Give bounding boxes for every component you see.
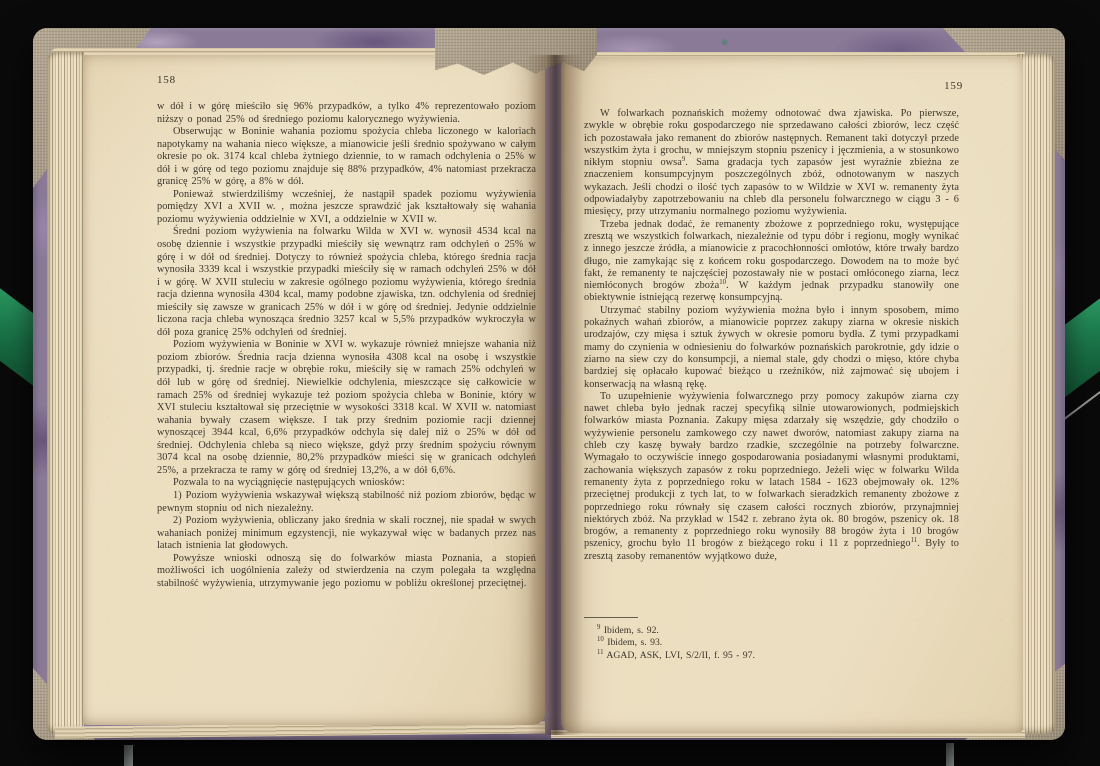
right-page: 159 W folwarkach poznańskich możemy odno… [561, 57, 1023, 733]
page-stack-fore-edge-left [47, 52, 84, 734]
paragraph: Poziom wyżywienia w Boninie w XVI w. wyk… [157, 339, 536, 477]
stand-notch-right [946, 743, 954, 766]
page-number-right: 159 [944, 80, 963, 92]
left-page: 158 w dół i w górę mieściło się 96% przy… [83, 55, 545, 725]
paragraph: Obserwując w Boninie wahania poziomu spo… [157, 126, 536, 189]
paragraph: Średni poziom wyżywienia na folwarku Wil… [157, 226, 536, 339]
footnote-line: 10 Ibidem, s. 93. [584, 637, 959, 649]
right-page-text: W folwarkach poznańskich możemy odnotowa… [584, 108, 959, 563]
footnotes: 9 Ibidem, s. 92.10 Ibidem, s. 93.11 AGAD… [584, 617, 959, 662]
paragraph: Trzeba jednak dodać, że remanenty zbożow… [584, 219, 959, 305]
photo-background: 158 w dół i w górę mieściło się 96% przy… [0, 0, 1100, 766]
paragraph: w dół i w górę mieściło się 96% przypadk… [157, 101, 536, 126]
footnote-line: 9 Ibidem, s. 92. [584, 625, 959, 637]
footnote-rule [584, 617, 638, 618]
paragraph: Pozwala to na wyciągnięcie następujących… [157, 477, 536, 490]
paragraph: Ponieważ stwierdziliśmy wcześniej, że na… [157, 189, 536, 227]
paragraph: W folwarkach poznańskich możemy odnotowa… [584, 108, 959, 219]
page-number-left: 158 [157, 74, 176, 86]
paragraph: To uzupełnienie wyżywienia folwarcznego … [584, 391, 959, 563]
open-book: 158 w dół i w górę mieściło się 96% przy… [33, 28, 1065, 740]
paragraph: Powyższe wnioski odnoszą się do folwarkó… [157, 553, 536, 591]
left-page-text: w dół i w górę mieściło się 96% przypadk… [157, 101, 536, 590]
footnote-line: 11 AGAD, ASK, LVI, S/2/II, f. 95 - 97. [584, 650, 959, 662]
paragraph: Utrzymać stabilny poziom wyżywienia możn… [584, 305, 959, 391]
stand-notch-left [124, 745, 133, 766]
paragraph: 1) Poziom wyżywienia wskazywał większą s… [157, 490, 536, 515]
paragraph: 2) Poziom wyżywienia, obliczany jako śre… [157, 515, 536, 553]
footnote-list: 9 Ibidem, s. 92.10 Ibidem, s. 93.11 AGAD… [584, 625, 959, 662]
